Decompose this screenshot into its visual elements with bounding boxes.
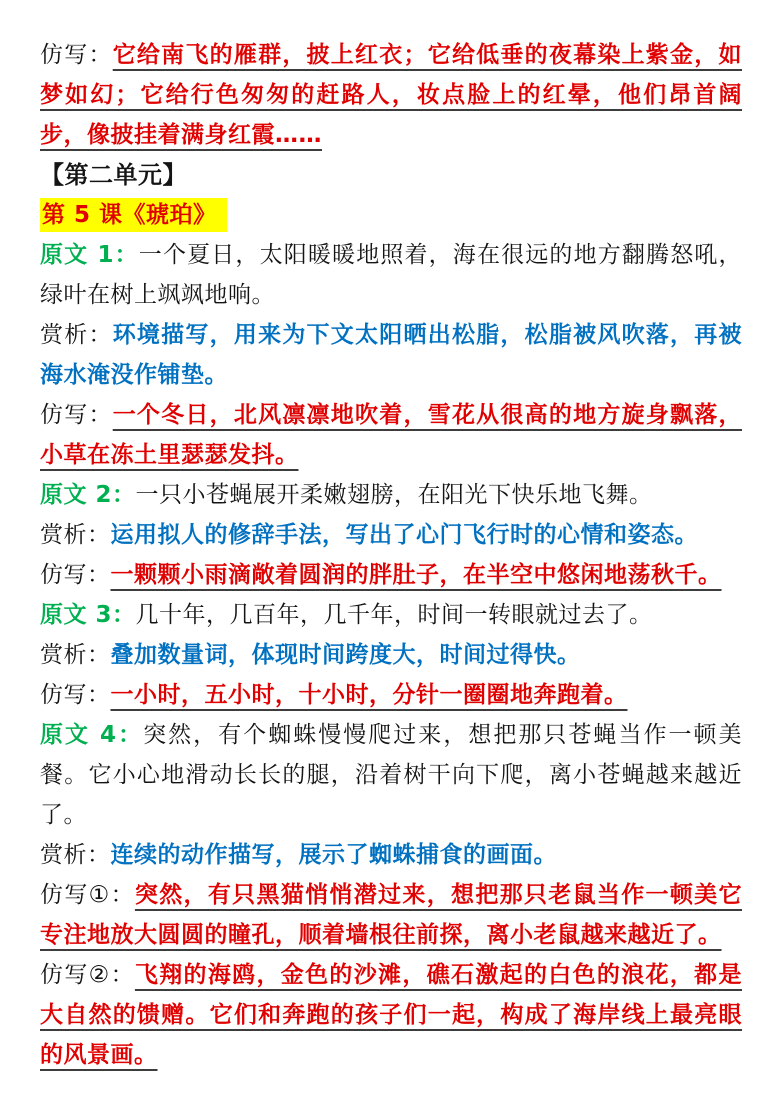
original-text-1-content: 一个夏日，太阳暖暖地照着，海在很远的地方翻腾怒吼，绿叶在树上飒飒地响。 xyxy=(40,242,742,308)
imitation-label-2: 仿写： xyxy=(40,562,111,588)
analysis-text-2: 运用拟人的修辞手法，写出了心门飞行时的心情和姿态。 xyxy=(111,522,699,548)
imitation-2: 仿写：一颗颗小雨滴敞着圆润的胖肚子，在半空中悠闲地荡秋千。 xyxy=(40,555,742,595)
imitation-text: 它给南飞的雁群，披上红衣；它给低垂的夜幕染上紫金，如梦如幻；它给行色匆匆的赶路人… xyxy=(40,42,742,148)
original-text-4-content: 突然，有个蜘蛛慢慢爬过来，想把那只苍蝇当作一顿美餐。它小心地滑动长长的腿，沿着树… xyxy=(40,722,742,828)
analysis-3: 赏析：叠加数量词，体现时间跨度大，时间过得快。 xyxy=(40,635,742,675)
imitation-text-1: 一个冬日，北风凛凛地吹着，雪花从很高的地方旋身飘落，小草在冻土里瑟瑟发抖。 xyxy=(40,402,742,468)
original-label-4: 原文 4： xyxy=(40,722,143,748)
unit-heading: 【第二单元】 xyxy=(40,155,742,195)
imitation-text-2: 一颗颗小雨滴敞着圆润的胖肚子，在半空中悠闲地荡秋千。 xyxy=(111,562,722,588)
original-label-3: 原文 3： xyxy=(40,602,136,628)
original-text-3-content: 几十年，几百年，几千年，时间一转眼就过去了。 xyxy=(136,602,653,628)
imitation-paragraph-autumn: 仿写：它给南飞的雁群，披上红衣；它给低垂的夜幕染上紫金，如梦如幻；它给行色匆匆的… xyxy=(40,35,742,155)
imitation-text-3: 一小时，五小时，十小时，分针一圈圈地奔跑着。 xyxy=(111,682,628,708)
original-label-1: 原文 1： xyxy=(40,242,139,268)
imitation-4a: 仿写①：突然，有只黑猫悄悄潜过来，想把那只老鼠当作一顿美它专注地放大圆圆的瞳孔，… xyxy=(40,875,742,955)
analysis-2: 赏析：运用拟人的修辞手法，写出了心门飞行时的心情和姿态。 xyxy=(40,515,742,555)
imitation-1: 仿写：一个冬日，北风凛凛地吹着，雪花从很高的地方旋身飘落，小草在冻土里瑟瑟发抖。 xyxy=(40,395,742,475)
imitation-3: 仿写：一小时，五小时，十小时，分针一圈圈地奔跑着。 xyxy=(40,675,742,715)
analysis-text-4: 连续的动作描写，展示了蜘蛛捕食的画面。 xyxy=(111,842,558,868)
imitation-4b: 仿写②：飞翔的海鸥，金色的沙滩，礁石激起的白色的浪花，都是大自然的馈赠。它们和奔… xyxy=(40,955,742,1075)
analysis-label-4: 赏析： xyxy=(40,842,111,868)
analysis-4: 赏析：连续的动作描写，展示了蜘蛛捕食的画面。 xyxy=(40,835,742,875)
imitation-text-4a: 突然，有只黑猫悄悄潜过来，想把那只老鼠当作一顿美它专注地放大圆圆的瞳孔，顺着墙根… xyxy=(40,882,742,948)
analysis-text-1: 环境描写，用来为下文太阳晒出松脂，松脂被风吹落，再被海水淹没作铺垫。 xyxy=(40,322,742,388)
lesson-heading-text: 第 5 课《琥珀》 xyxy=(40,198,227,232)
lesson-heading: 第 5 课《琥珀》 xyxy=(40,195,742,235)
document-body: 仿写：它给南飞的雁群，披上红衣；它给低垂的夜幕染上紫金，如梦如幻；它给行色匆匆的… xyxy=(0,0,780,1103)
analysis-1: 赏析：环境描写，用来为下文太阳晒出松脂，松脂被风吹落，再被海水淹没作铺垫。 xyxy=(40,315,742,395)
imitation-label: 仿写： xyxy=(40,42,113,68)
analysis-label-3: 赏析： xyxy=(40,642,111,668)
original-text-4: 原文 4：突然，有个蜘蛛慢慢爬过来，想把那只苍蝇当作一顿美餐。它小心地滑动长长的… xyxy=(40,715,742,835)
analysis-text-3: 叠加数量词，体现时间跨度大，时间过得快。 xyxy=(111,642,581,668)
imitation-label-4a: 仿写①： xyxy=(40,882,135,908)
analysis-label-1: 赏析： xyxy=(40,322,113,348)
unit-heading-text: 【第二单元】 xyxy=(40,161,187,189)
imitation-label-3: 仿写： xyxy=(40,682,111,708)
analysis-label-2: 赏析： xyxy=(40,522,111,548)
original-text-3: 原文 3：几十年，几百年，几千年，时间一转眼就过去了。 xyxy=(40,595,742,635)
original-text-1: 原文 1：一个夏日，太阳暖暖地照着，海在很远的地方翻腾怒吼，绿叶在树上飒飒地响。 xyxy=(40,235,742,315)
original-label-2: 原文 2： xyxy=(40,482,136,508)
imitation-label-4b: 仿写②： xyxy=(40,962,135,988)
original-text-2: 原文 2：一只小苍蝇展开柔嫩翅膀，在阳光下快乐地飞舞。 xyxy=(40,475,742,515)
imitation-label-1: 仿写： xyxy=(40,402,113,428)
original-text-2-content: 一只小苍蝇展开柔嫩翅膀，在阳光下快乐地飞舞。 xyxy=(136,482,653,508)
imitation-text-4b: 飞翔的海鸥，金色的沙滩，礁石激起的白色的浪花，都是大自然的馈赠。它们和奔跑的孩子… xyxy=(40,962,742,1068)
